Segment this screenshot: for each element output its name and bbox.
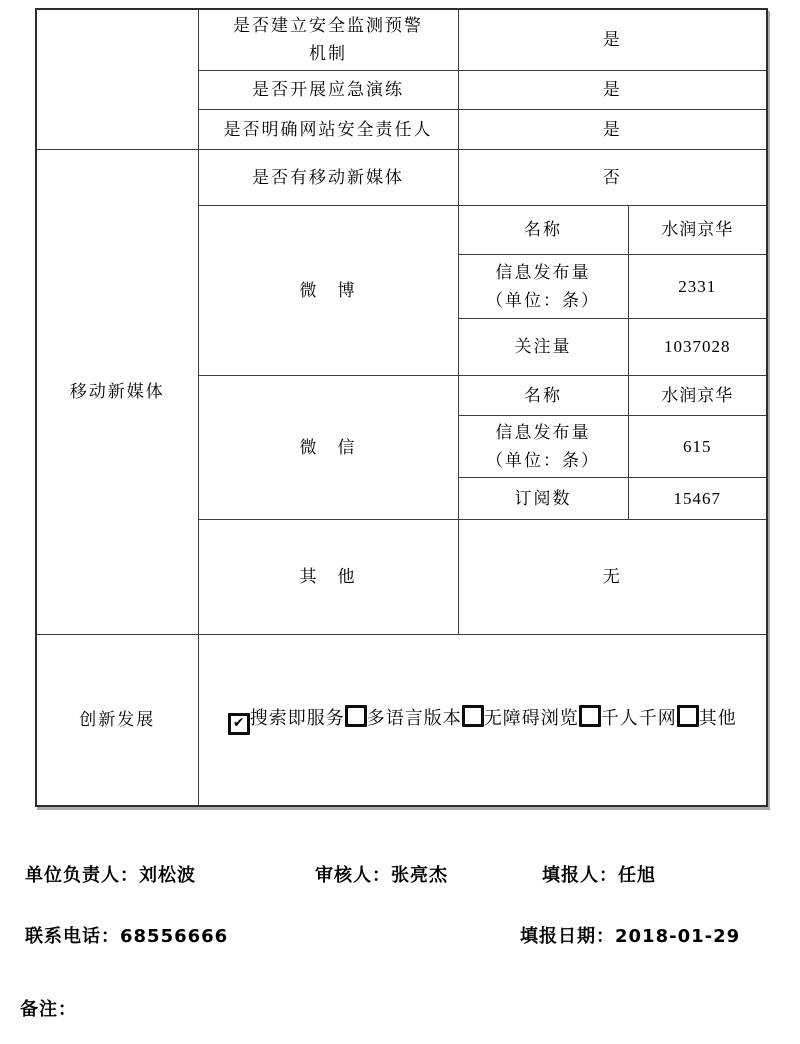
table-row: 是否建立安全监测预警 机制 是 bbox=[36, 9, 767, 71]
security-monitor-value: 是 bbox=[458, 9, 767, 71]
other-media-value: 无 bbox=[458, 520, 767, 635]
report-table: 是否建立安全监测预警 机制 是 是否开展应急演练 是 是否明确网站安全责任人 是… bbox=[35, 8, 768, 807]
innovation-options-cell: ✔搜索即服务多语言版本无障碍浏览千人千网其他 bbox=[198, 635, 767, 806]
section-label-innovation: 创新发展 bbox=[36, 635, 198, 806]
unit-head-value: 刘松波 bbox=[139, 865, 196, 886]
filler-line: 填报人：任旭 bbox=[542, 861, 656, 887]
has-mobile-media-value: 否 bbox=[458, 150, 767, 206]
weibo-name-label: 名称 bbox=[458, 206, 628, 255]
section-label-mobile-media: 移动新媒体 bbox=[36, 150, 198, 635]
weibo-posts-value: 2331 bbox=[628, 255, 767, 319]
reviewer-value: 张亮杰 bbox=[391, 865, 448, 886]
checkbox-label-4: 其他 bbox=[699, 708, 737, 728]
weibo-label: 微 博 bbox=[198, 206, 458, 376]
date-line: 填报日期：2018-01-29 bbox=[520, 922, 740, 948]
has-mobile-media-label: 是否有移动新媒体 bbox=[198, 150, 458, 206]
date-label: 填报日期： bbox=[520, 926, 615, 947]
wechat-posts-value: 615 bbox=[628, 416, 767, 478]
remarks-line: 备注： bbox=[20, 995, 77, 1021]
section-cell-blank bbox=[36, 9, 198, 150]
checkbox-4[interactable] bbox=[677, 705, 699, 727]
wechat-label: 微 信 bbox=[198, 376, 458, 520]
wechat-posts-label: 信息发布量 （单位：条） bbox=[458, 416, 628, 478]
reviewer-line: 审核人：张亮杰 bbox=[315, 861, 448, 887]
security-owner-label: 是否明确网站安全责任人 bbox=[198, 110, 458, 150]
checkbox-label-0: 搜索即服务 bbox=[250, 708, 345, 728]
checkbox-0[interactable]: ✔ bbox=[228, 713, 250, 735]
checkbox-3[interactable] bbox=[579, 705, 601, 727]
checkbox-label-2: 无障碍浏览 bbox=[484, 708, 579, 728]
wechat-subscribers-value: 15467 bbox=[628, 478, 767, 520]
wechat-subscribers-label: 订阅数 bbox=[458, 478, 628, 520]
checkbox-label-1: 多语言版本 bbox=[367, 708, 462, 728]
checkbox-2[interactable] bbox=[462, 705, 484, 727]
phone-label: 联系电话： bbox=[25, 926, 120, 947]
unit-head-line: 单位负责人：刘松波 bbox=[25, 861, 196, 887]
weibo-name-value: 水润京华 bbox=[628, 206, 767, 255]
date-value: 2018-01-29 bbox=[615, 926, 740, 947]
unit-head-label: 单位负责人： bbox=[25, 865, 139, 886]
weibo-followers-value: 1037028 bbox=[628, 319, 767, 376]
reviewer-label: 审核人： bbox=[315, 865, 391, 886]
phone-line: 联系电话：68556666 bbox=[25, 922, 228, 948]
security-drill-label: 是否开展应急演练 bbox=[198, 71, 458, 110]
weibo-followers-label: 关注量 bbox=[458, 319, 628, 376]
phone-value: 68556666 bbox=[120, 926, 228, 947]
security-monitor-label: 是否建立安全监测预警 机制 bbox=[198, 9, 458, 71]
wechat-name-value: 水润京华 bbox=[628, 376, 767, 416]
innovation-options-line: ✔搜索即服务多语言版本无障碍浏览千人千网其他 bbox=[203, 704, 763, 735]
table-row: 创新发展 ✔搜索即服务多语言版本无障碍浏览千人千网其他 bbox=[36, 635, 767, 806]
other-media-label: 其 他 bbox=[198, 520, 458, 635]
weibo-posts-label: 信息发布量 （单位：条） bbox=[458, 255, 628, 319]
table-row: 移动新媒体 是否有移动新媒体 否 bbox=[36, 150, 767, 206]
filler-label: 填报人： bbox=[542, 865, 618, 886]
remarks-label: 备注： bbox=[20, 999, 77, 1020]
security-drill-value: 是 bbox=[458, 71, 767, 110]
security-owner-value: 是 bbox=[458, 110, 767, 150]
checkbox-1[interactable] bbox=[345, 705, 367, 727]
checkbox-label-3: 千人千网 bbox=[601, 708, 677, 728]
wechat-name-label: 名称 bbox=[458, 376, 628, 416]
filler-value: 任旭 bbox=[618, 865, 656, 886]
